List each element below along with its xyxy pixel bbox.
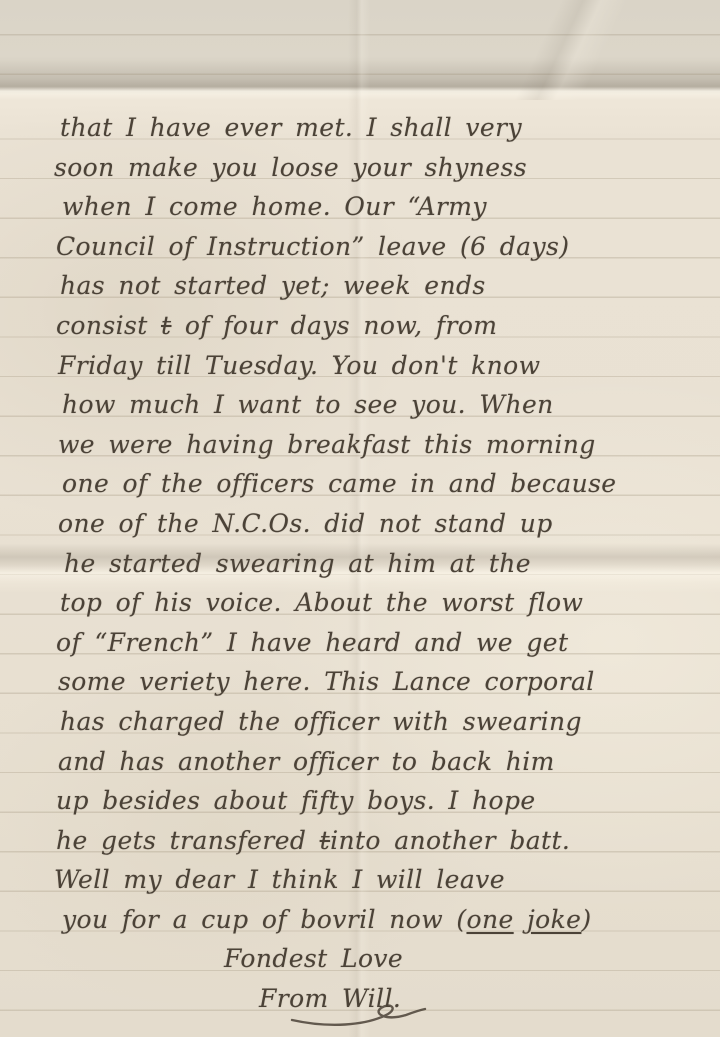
letter-text: that I have ever met. I shall very [60,113,522,142]
letter-line-1: that I have ever met. I shall very [0,108,720,148]
letter-line-10: one of the officers came in and because [0,464,720,504]
letter-text: up besides about fifty boys. I hope [56,786,536,815]
letter-line-15: some veriety here. This Lance corporal [0,662,720,702]
underlined-text: one [467,905,514,934]
letter-line-19: he gets transfered tinto another batt. [0,821,720,861]
letter-text: of “French” I have heard and we get [56,628,568,657]
letter-page: that I have ever met. I shall verysoon m… [0,0,720,1037]
letter-line-9: we were having breakfast this morning [0,425,720,465]
letter-text: he gets transfered [56,826,320,855]
letter-text: Friday till Tuesday. You don't know [58,351,540,380]
fold-crease-diagonal [400,0,720,100]
letter-text: Council of Instruction” leave (6 days) [56,232,569,261]
letter-line-11: one of the N.C.Os. did not stand up [0,504,720,544]
letter-text: ) [581,905,591,934]
letter-text: soon make you loose your shyness [54,153,527,182]
letter-text: has not started yet; week ends [60,271,486,300]
letter-text [514,905,527,934]
letter-line-13: top of his voice. About the worst flow [0,583,720,623]
letter-line-6: consist t of four days now, from [0,306,720,346]
letter-line-14: of “French” I have heard and we get [0,623,720,663]
letter-text: consist [56,311,161,340]
letter-text: into another batt. [330,826,570,855]
letter-text: of four days now, from [171,311,497,340]
letter-text: one of the officers came in and because [62,469,617,498]
crossed-out-text: t [161,311,171,340]
letter-line-4: Council of Instruction” leave (6 days) [0,227,720,267]
letter-line-2: soon make you loose your shyness [0,148,720,188]
crossed-out-text: t [320,826,330,855]
letter-text: when I come home. Our “Army [62,192,487,221]
letter-line-18: up besides about fifty boys. I hope [0,781,720,821]
letter-text: one of the N.C.Os. did not stand up [58,509,553,538]
signature-flourish [288,1000,428,1030]
letter-line-7: Friday till Tuesday. You don't know [0,346,720,386]
letter-text: top of his voice. About the worst flow [60,588,583,617]
letter-body: that I have ever met. I shall verysoon m… [0,108,720,1019]
letter-text: and has another officer to back him [58,747,555,776]
letter-text: he started swearing at him at the [64,549,531,578]
letter-text: Fondest Love [224,944,403,973]
letter-text: some veriety here. This Lance corporal [58,667,595,696]
letter-line-20: Well my dear I think I will leave [0,860,720,900]
letter-line-21: you for a cup of bovril now (one joke) [0,900,720,940]
letter-line-22: Fondest Love [0,939,720,979]
letter-text: how much I want to see you. When [62,390,554,419]
letter-text: you for a cup of bovril now ( [62,905,467,934]
letter-line-3: when I come home. Our “Army [0,187,720,227]
letter-line-12: he started swearing at him at the [0,544,720,584]
letter-line-17: and has another officer to back him [0,742,720,782]
letter-text: we were having breakfast this morning [58,430,596,459]
letter-text: has charged the officer with swearing [60,707,582,736]
letter-line-8: how much I want to see you. When [0,385,720,425]
letter-line-16: has charged the officer with swearing [0,702,720,742]
underlined-text: joke [527,905,581,934]
letter-line-5: has not started yet; week ends [0,266,720,306]
letter-text: Well my dear I think I will leave [54,865,505,894]
